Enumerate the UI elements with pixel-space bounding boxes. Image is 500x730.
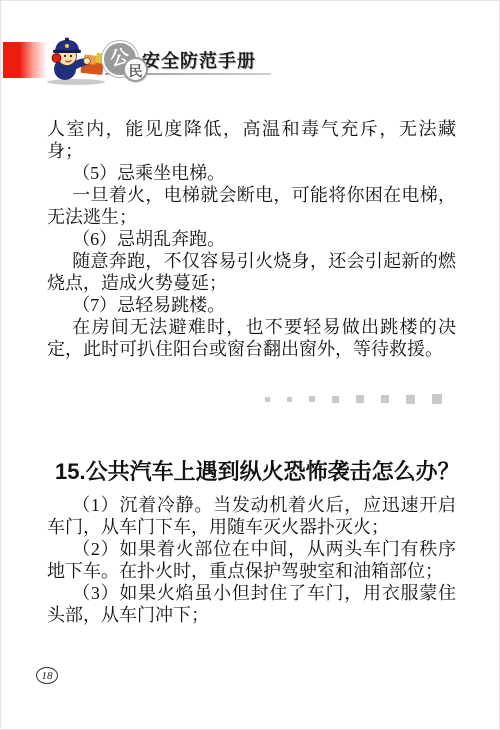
decor-square bbox=[265, 397, 270, 402]
decor-square bbox=[432, 394, 442, 404]
paragraph: （2）如果着火部位在中间，从两头车门有秩序地下车。在扑火时，重点保护驾驶室和油箱… bbox=[47, 538, 456, 582]
page-number: 18 bbox=[36, 667, 58, 684]
paragraph: 在房间无法避难时，也不要轻易做出跳楼的决定，此时可扒住阳台或窗台翻出窗外，等待救… bbox=[47, 316, 456, 360]
citizen-badge-bottom-circle: 民 bbox=[123, 57, 148, 82]
paragraph: 随意奔跑，不仅容易引火烧身，还会引起新的燃烧点，造成火势蔓延； bbox=[47, 250, 456, 294]
police-mascot-icon bbox=[43, 35, 111, 87]
paragraph: 一旦着火，电梯就会断电，可能将你困在电梯，无法逃生； bbox=[47, 184, 456, 228]
paragraph: （6）忌胡乱奔跑。 bbox=[47, 228, 456, 250]
book-page: 公 民 安全防范手册 人室内，能见度降低，高温和毒气充斥，无法藏身； （5）忌乘… bbox=[0, 0, 500, 730]
decor-square bbox=[287, 397, 292, 402]
paragraph: （7）忌轻易跳楼。 bbox=[47, 294, 456, 316]
decor-square bbox=[406, 395, 415, 404]
section14-body: 人室内，能见度降低，高温和毒气充斥，无法藏身； （5）忌乘坐电梯。 一旦着火，电… bbox=[47, 118, 456, 360]
decor-square bbox=[356, 395, 364, 403]
red-accent-bar bbox=[3, 42, 47, 78]
paragraph: 人室内，能见度降低，高温和毒气充斥，无法藏身； bbox=[47, 118, 456, 162]
decor-square bbox=[381, 395, 389, 403]
paragraph: （5）忌乘坐电梯。 bbox=[47, 162, 456, 184]
decor-square bbox=[309, 396, 315, 402]
section15-heading: 15.公共汽车上遇到纵火恐怖袭击怎么办？ bbox=[55, 456, 475, 488]
section15-body: （1）沉着冷静。当发动机着火后，应迅速开启车门，从车门下车，用随车灭火器扑灭火；… bbox=[47, 494, 456, 626]
paragraph: （3）如果火焰虽小但封住了车门，用衣服蒙住头部，从车门冲下； bbox=[47, 582, 456, 626]
book-title: 安全防范手册 bbox=[142, 47, 256, 73]
paragraph: （1）沉着冷静。当发动机着火后，应迅速开启车门，从车门下车，用随车灭火器扑灭火； bbox=[47, 494, 456, 538]
decorative-squares-divider bbox=[265, 393, 442, 405]
decor-square bbox=[332, 396, 339, 403]
